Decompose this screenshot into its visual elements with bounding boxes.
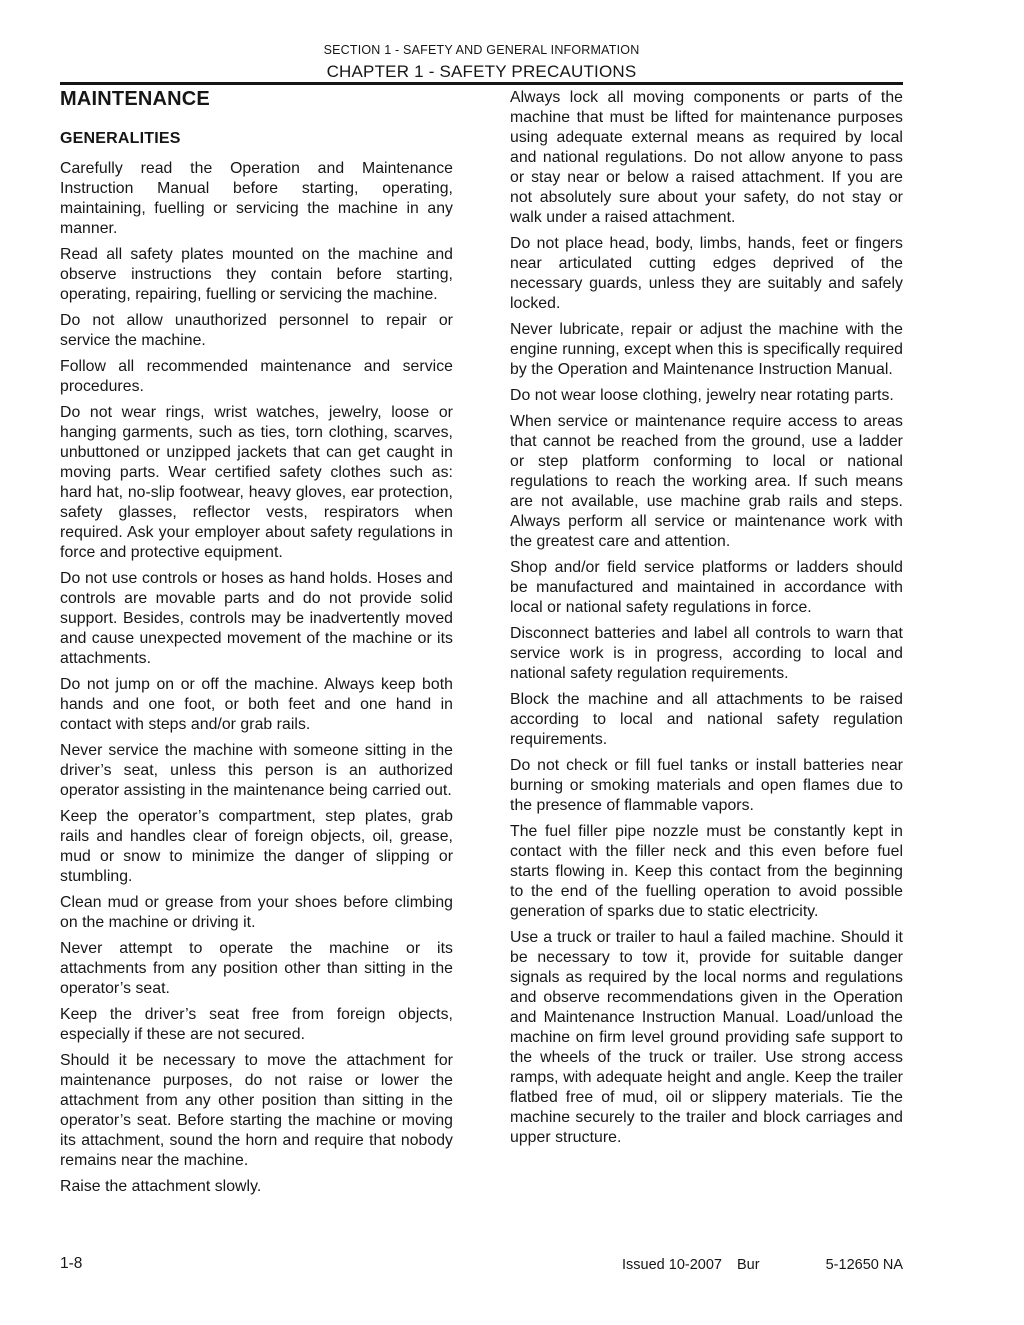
right-column-paragraphs: Always lock all moving components or par…	[510, 88, 903, 1148]
paragraph: Clean mud or grease from your shoes befo…	[60, 893, 453, 933]
content-columns: MAINTENANCE GENERALITIES Carefully read …	[60, 88, 903, 1197]
paragraph: Do not use controls or hoses as hand hol…	[60, 569, 453, 669]
left-column-paragraphs: Carefully read the Operation and Mainten…	[60, 159, 453, 1197]
header-chapter-line: CHAPTER 1 - SAFETY PRECAUTIONS	[60, 61, 903, 82]
paragraph: Always lock all moving components or par…	[510, 88, 903, 228]
page-number: 1-8	[60, 1255, 82, 1273]
paragraph: Keep the operator’s compartment, step pl…	[60, 807, 453, 887]
paragraph: Do not check or fill fuel tanks or insta…	[510, 756, 903, 816]
header-section-line: SECTION 1 - SAFETY AND GENERAL INFORMATI…	[60, 43, 903, 58]
footer-doc-number: 5-12650 NA	[826, 1257, 903, 1273]
footer-issued-group: Issued 10-2007Bur	[622, 1257, 760, 1273]
generalities-heading: GENERALITIES	[60, 130, 453, 148]
paragraph: Disconnect batteries and label all contr…	[510, 624, 903, 684]
paragraph: Raise the attachment slowly.	[60, 1177, 453, 1197]
left-column: MAINTENANCE GENERALITIES Carefully read …	[60, 88, 453, 1197]
paragraph: Follow all recommended maintenance and s…	[60, 357, 453, 397]
footer-author-code: Bur	[737, 1257, 760, 1273]
paragraph: Do not wear loose clothing, jewelry near…	[510, 386, 903, 406]
right-column: Always lock all moving components or par…	[510, 88, 903, 1197]
paragraph: Do not jump on or off the machine. Alway…	[60, 675, 453, 735]
paragraph: When service or maintenance require acce…	[510, 412, 903, 552]
header-rule	[60, 82, 903, 85]
paragraph: The fuel filler pipe nozzle must be cons…	[510, 822, 903, 922]
paragraph: Do not wear rings, wrist watches, jewelr…	[60, 403, 453, 563]
paragraph: Should it be necessary to move the attac…	[60, 1051, 453, 1171]
paragraph: Use a truck or trailer to haul a failed …	[510, 928, 903, 1148]
footer-issued-date: Issued 10-2007	[622, 1257, 722, 1273]
paragraph: Do not place head, body, limbs, hands, f…	[510, 234, 903, 314]
paragraph: Keep the driver’s seat free from foreign…	[60, 1005, 453, 1045]
paragraph: Read all safety plates mounted on the ma…	[60, 245, 453, 305]
page-header: SECTION 1 - SAFETY AND GENERAL INFORMATI…	[60, 43, 903, 82]
paragraph: Do not allow unauthorized personnel to r…	[60, 311, 453, 351]
paragraph: Never lubricate, repair or adjust the ma…	[510, 320, 903, 380]
paragraph: Shop and/or field service platforms or l…	[510, 558, 903, 618]
paragraph: Never attempt to operate the machine or …	[60, 939, 453, 999]
manual-page: SECTION 1 - SAFETY AND GENERAL INFORMATI…	[0, 0, 1024, 1325]
paragraph: Carefully read the Operation and Mainten…	[60, 159, 453, 239]
maintenance-heading: MAINTENANCE	[60, 88, 453, 110]
paragraph: Block the machine and all attachments to…	[510, 690, 903, 750]
paragraph: Never service the machine with someone s…	[60, 741, 453, 801]
